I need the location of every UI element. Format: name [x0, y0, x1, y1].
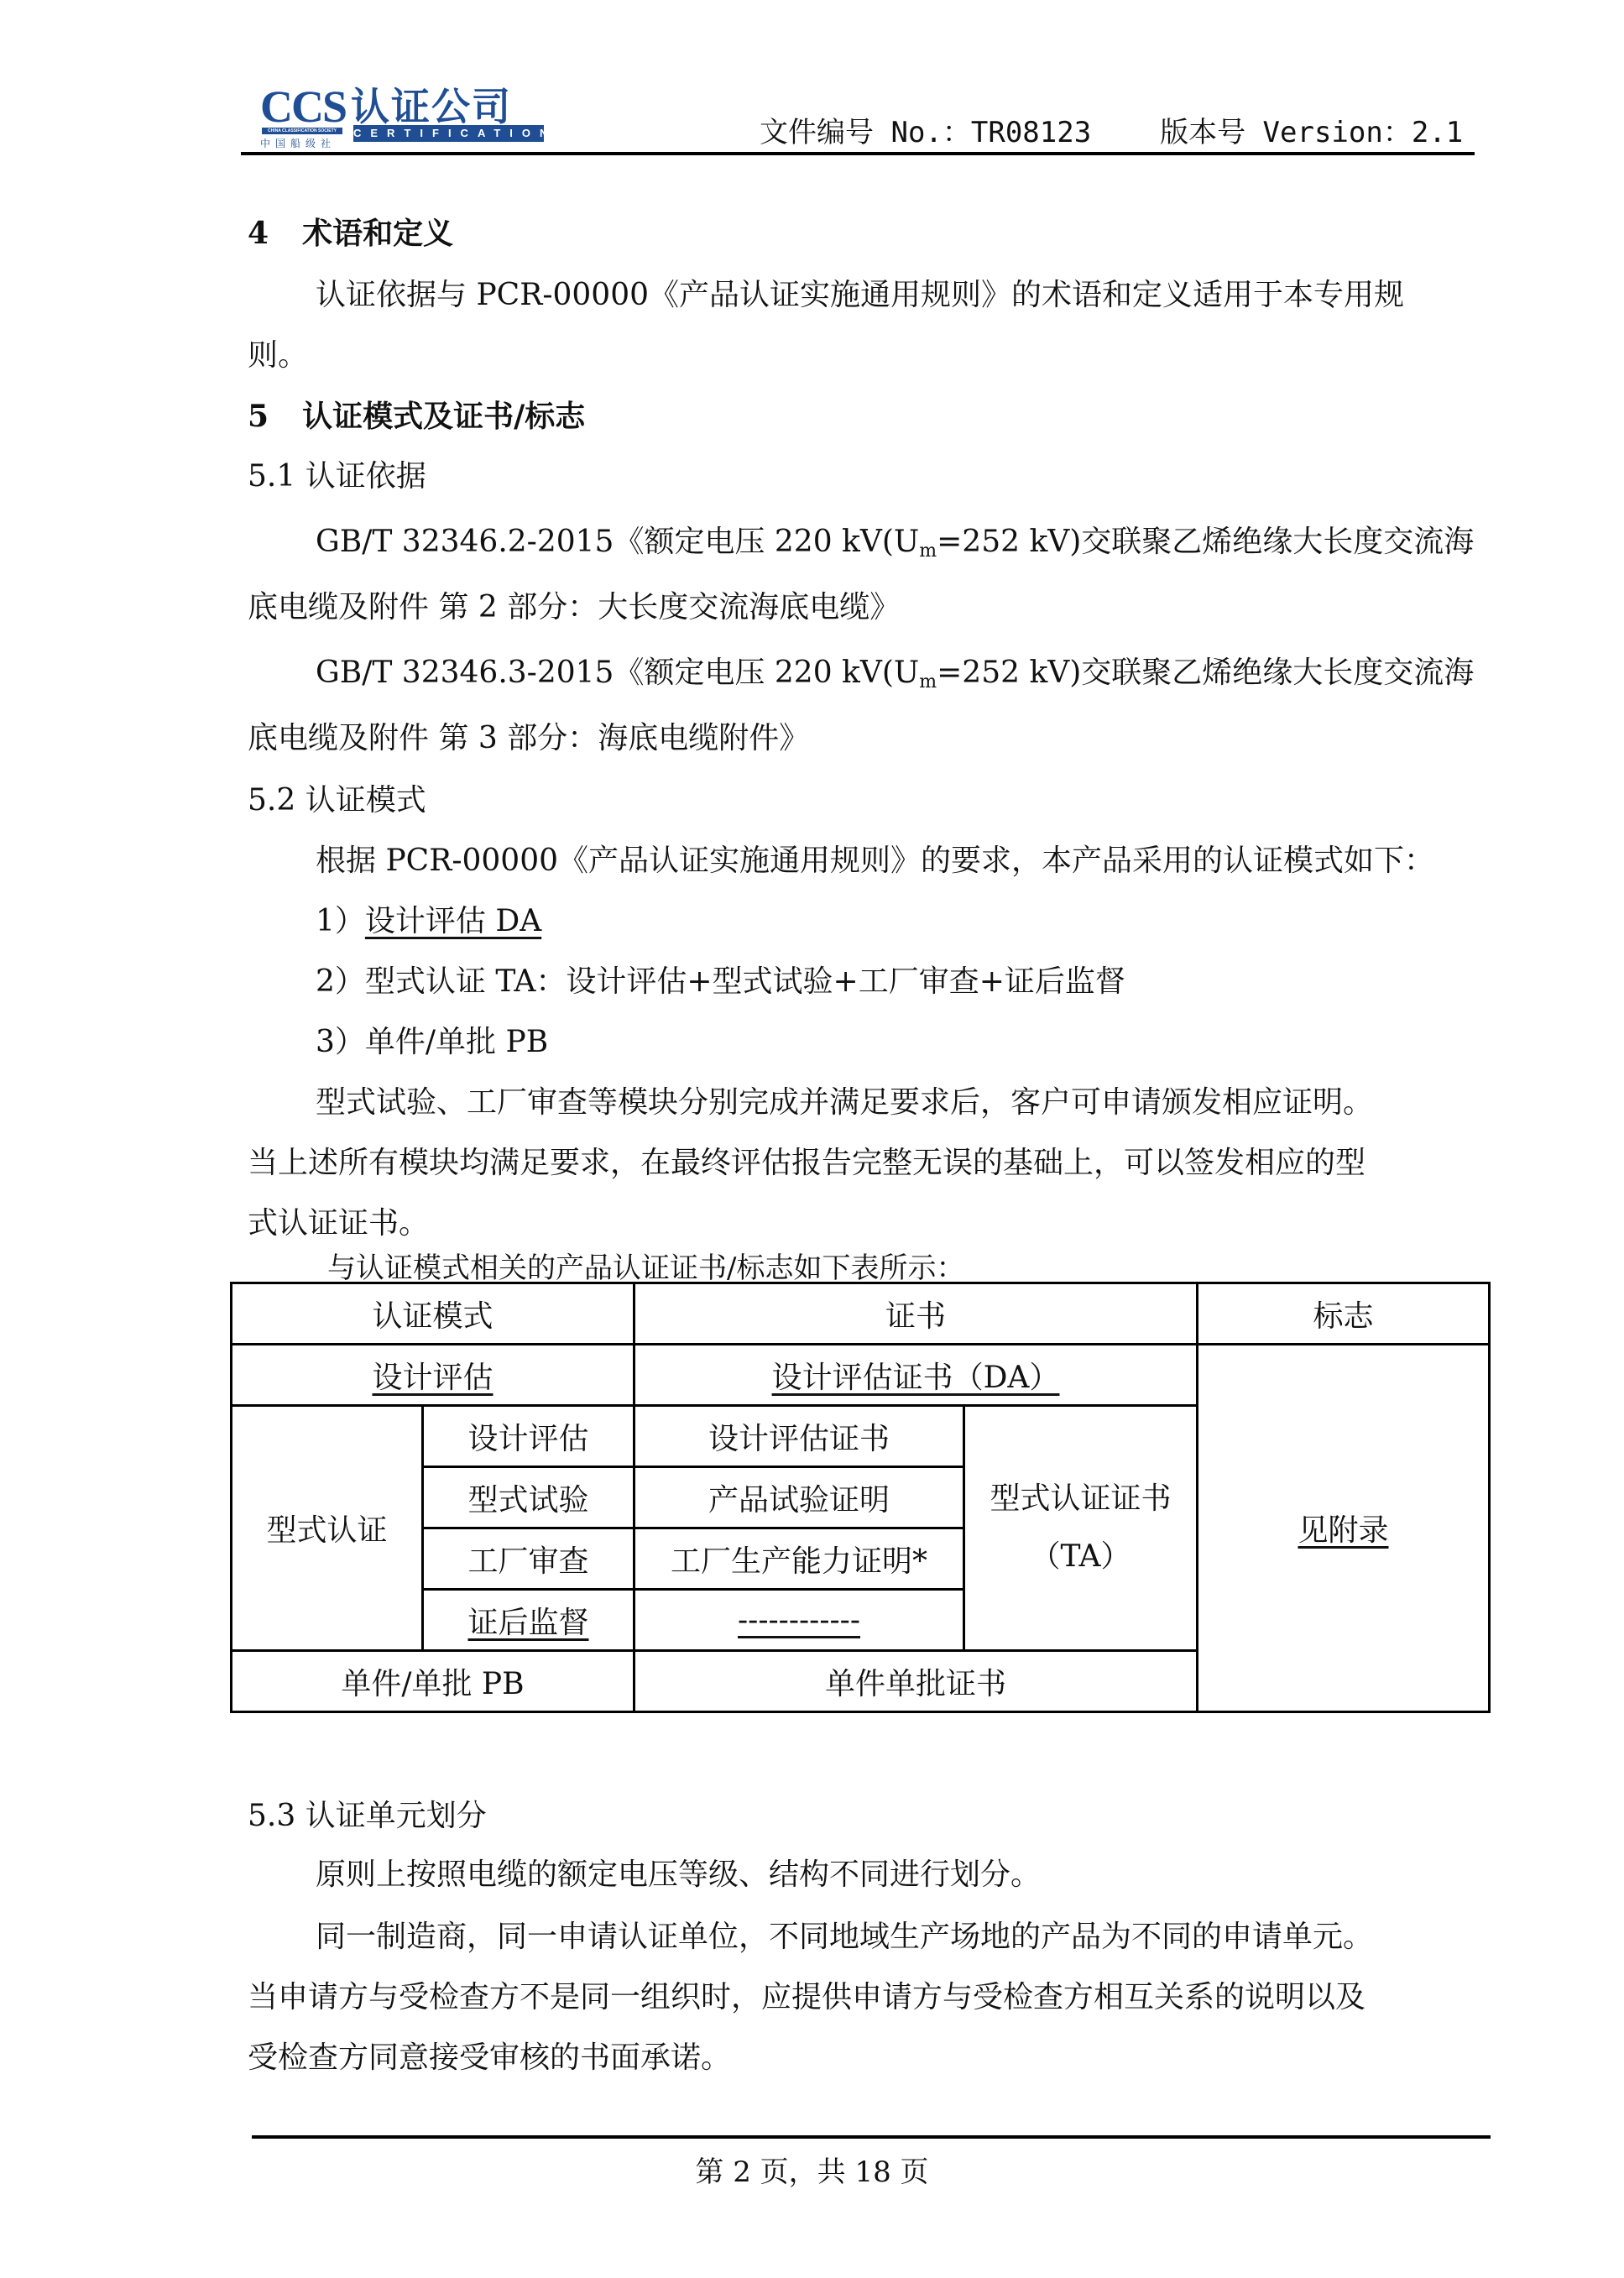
section-5-3-para1: 原则上按照电缆的额定电压等级、结构不同进行划分。: [316, 1860, 1041, 1890]
ta-mode: 型式认证: [232, 1406, 423, 1651]
pb-certificate: 单件单批证书: [634, 1651, 1198, 1712]
da-mode: 设计评估: [232, 1345, 634, 1406]
std-text: =252 kV)交联聚乙烯绝缘大长度交流海: [937, 525, 1474, 559]
standard-2-line1: GB/T 32346.3-2015《额定电压 220 kV(Um=252 kV)…: [316, 658, 1474, 692]
doc-no: TR08123: [971, 116, 1091, 149]
version-label: 版本号 Version：: [1160, 116, 1412, 149]
logo-ccs-text: CCS: [260, 81, 346, 132]
section-4-para-line2: 则。: [248, 341, 308, 371]
section-5-2-para-line2: 当上述所有模块均满足要求，在最终评估报告完整无误的基础上，可以签发相应的型: [248, 1148, 1366, 1178]
logo-society-cn: 中国船级社: [260, 136, 336, 150]
item-text: 单件/单批 PB: [365, 1025, 548, 1059]
section-5-2-para-line1: 型式试验、工厂审查等模块分别完成并满足要求后，客户可申请颁发相应证明。: [316, 1088, 1373, 1118]
item-number: 3）: [316, 1025, 365, 1059]
ta-module: 设计评估: [423, 1406, 634, 1467]
section-5-3-para2-line1: 同一制造商，同一申请认证单位，不同地域生产场地的产品为不同的申请单元。: [316, 1922, 1373, 1952]
footer-divider: [252, 2135, 1491, 2139]
table-row-da: 设计评估 设计评估证书（DA） 见附录: [232, 1345, 1490, 1406]
pb-mode: 单件/单批 PB: [232, 1651, 634, 1712]
ta-cert-line2: （TA）: [1030, 1539, 1131, 1574]
ta-overall-certificate: 型式认证证书 （TA）: [964, 1406, 1198, 1651]
std-text: GB/T 32346.2-2015《额定电压 220 kV(U: [316, 525, 919, 559]
section-number: 4: [248, 216, 269, 251]
ta-module-certificate: 产品试验证明: [634, 1467, 964, 1528]
doc-no-label: 文件编号 No.：: [760, 116, 971, 149]
mark-cell: 见附录: [1198, 1345, 1490, 1712]
ta-module-certificate: 设计评估证书: [634, 1406, 964, 1467]
ta-module: 工厂审查: [423, 1528, 634, 1590]
logo-society-en: CHINA CLASSIFICATION SOCIETY: [262, 128, 342, 134]
ta-module-text: 证后监督: [467, 1606, 588, 1640]
ta-module: 型式试验: [423, 1467, 634, 1528]
item-text: 型式认证 TA：设计评估+型式试验+工厂审查+证后监督: [365, 964, 1125, 999]
table-intro: 与认证模式相关的产品认证证书/标志如下表所示：: [327, 1254, 964, 1283]
logo-certification: CERTIFICATION: [353, 125, 544, 142]
section-5-3-para2-line2: 当申请方与受检查方不是同一组织时，应提供申请方与受检查方相互关系的说明以及: [248, 1983, 1366, 2013]
standard-1-line1: GB/T 32346.2-2015《额定电压 220 kV(Um=252 kV)…: [316, 527, 1474, 561]
section-title: 术语和定义: [302, 216, 453, 251]
ta-module-certificate-text: ------------: [738, 1603, 860, 1638]
std-subscript: m: [919, 671, 937, 692]
mode-item-1: 1）设计评估 DA: [316, 906, 541, 937]
section-5-heading: 5认证模式及证书/标志: [248, 401, 585, 431]
ta-module-certificate: 工厂生产能力证明*: [634, 1528, 964, 1590]
ta-cert-line1: 型式认证证书: [990, 1481, 1171, 1516]
std-text: =252 kV)交联聚乙烯绝缘大长度交流海: [937, 656, 1474, 690]
logo-ccs: CCS: [260, 84, 346, 129]
version: 2.1: [1412, 116, 1463, 149]
ta-module: 证后监督: [423, 1590, 634, 1651]
std-text: GB/T 32346.3-2015《额定电压 220 kV(U: [316, 656, 919, 690]
standard-2-line2: 底电缆及附件 第 3 部分：海底电缆附件》: [248, 724, 809, 754]
section-number: 5: [248, 399, 269, 434]
section-title: 认证模式及证书/标志: [302, 399, 585, 434]
da-certificate-text: 设计评估证书（DA）: [772, 1361, 1060, 1395]
item-number: 2）: [316, 964, 365, 999]
section-5-3-heading: 5.3 认证单元划分: [248, 1801, 487, 1831]
item-number: 1）: [316, 904, 365, 938]
mode-item-2: 2）型式认证 TA：设计评估+型式试验+工厂审查+证后监督: [316, 967, 1125, 997]
section-4-heading: 4术语和定义: [248, 218, 453, 248]
table-header-row: 认证模式 证书 标志: [232, 1283, 1490, 1345]
section-5-3-para2-line3: 受检查方同意接受审核的书面承诺。: [248, 2043, 731, 2073]
header-mark: 标志: [1198, 1283, 1490, 1345]
std-subscript: m: [919, 541, 937, 562]
mode-item-3: 3）单件/单批 PB: [316, 1027, 548, 1058]
header-divider: [241, 152, 1475, 155]
section-5-2-heading: 5.2 认证模式: [248, 786, 426, 816]
standard-1-line2: 底电缆及附件 第 2 部分：大长度交流海底电缆》: [248, 593, 900, 623]
ta-module-certificate: ------------: [634, 1590, 964, 1651]
da-mode-text: 设计评估: [372, 1361, 493, 1395]
section-5-2-intro: 根据 PCR-00000《产品认证实施通用规则》的要求，本产品采用的认证模式如下…: [316, 846, 1434, 876]
item-text: 设计评估 DA: [365, 904, 541, 938]
logo-company-cn: 认证公司: [351, 87, 512, 126]
section-5-1-heading: 5.1 认证依据: [248, 462, 426, 492]
certificate-table: 认证模式 证书 标志 设计评估 设计评估证书（DA） 见附录 型式认证 设计评估…: [230, 1282, 1491, 1713]
section-5-2-para-line3: 式认证证书。: [248, 1209, 429, 1239]
da-certificate: 设计评估证书（DA）: [634, 1345, 1198, 1406]
mark-link[interactable]: 见附录: [1298, 1513, 1388, 1548]
header-certificate: 证书: [634, 1283, 1198, 1345]
page-number: 第 2 页，共 18 页: [0, 2149, 1624, 2190]
section-4-para-line1: 认证依据与 PCR-00000《产品认证实施通用规则》的术语和定义适用于本专用规: [316, 280, 1404, 311]
header-mode: 认证模式: [232, 1283, 634, 1345]
header-meta: 文件编号 No.：TR08123 版本号 Version：2.1: [760, 109, 1463, 150]
